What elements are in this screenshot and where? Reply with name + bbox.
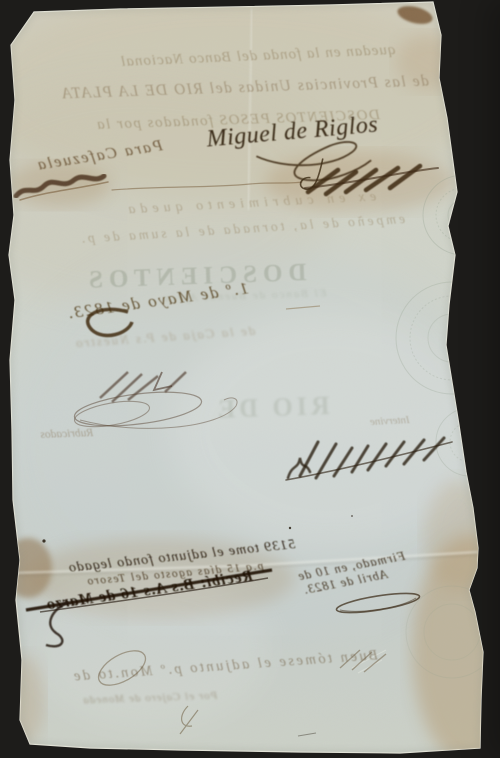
bed-shade <box>490 0 500 758</box>
scan-background: quedan en la fonda del Banco Nacional de… <box>0 0 500 758</box>
document-scan: quedan en la fonda del Banco Nacional de… <box>0 0 500 758</box>
paper-grain <box>0 0 500 758</box>
